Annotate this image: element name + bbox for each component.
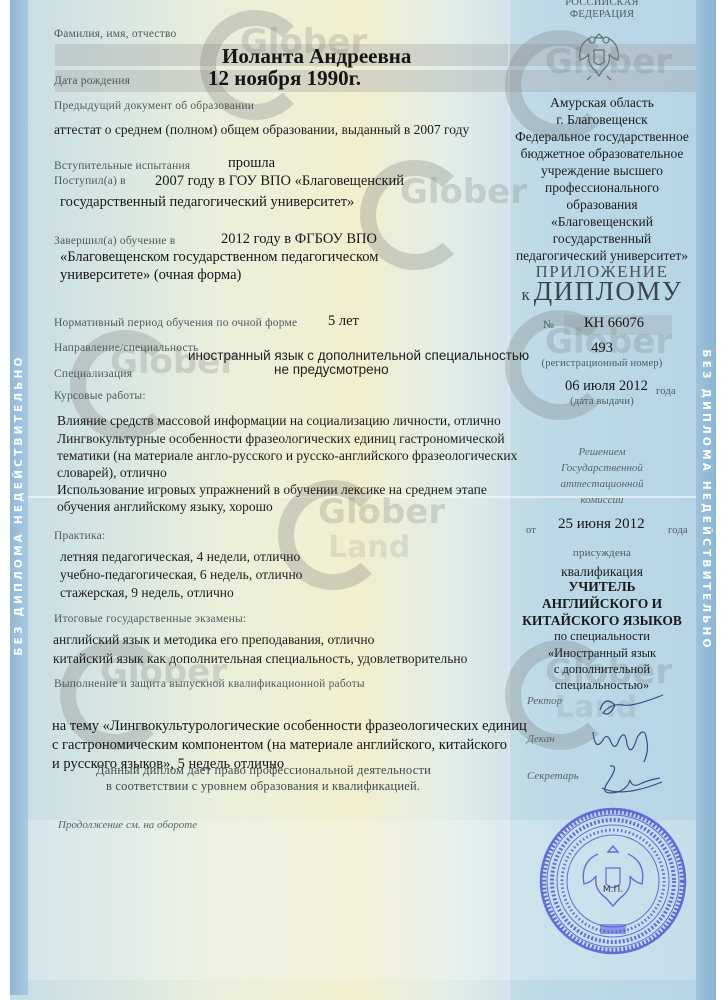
practice-line: стажерская, 9 недель, отлично xyxy=(60,585,234,601)
coat-of-arms-icon xyxy=(574,28,624,84)
rights-line: в соответствии с уровнем образования и к… xyxy=(106,779,420,794)
decision-line: Решением xyxy=(514,444,690,460)
institution-block: Амурская область г. Благовещенск Федерал… xyxy=(514,94,690,264)
coursework-line: словарей), отлично xyxy=(57,465,167,481)
enrolled-value: 2007 году в ГОУ ВПО «Благовещенский xyxy=(155,173,404,190)
reg-number-label: (регистрационный номер) xyxy=(514,358,690,369)
coursework-line: Влияние средств массовой информации на с… xyxy=(57,413,501,429)
dean-signature-icon xyxy=(585,722,675,762)
decision-line: аттестационной xyxy=(514,476,690,492)
qualification-line: УЧИТЕЛЬ xyxy=(514,578,690,595)
title-diploma: к ДИПЛОМУ xyxy=(514,276,690,307)
institution-line: профессионального образования xyxy=(514,179,690,213)
institution-line: г. Благовещенск xyxy=(514,111,690,128)
coursework-line: Лингвокультурные особенности фразеологич… xyxy=(57,431,505,447)
specialty-line: «Иностранный язык xyxy=(514,645,690,661)
dean-label: Декан xyxy=(527,733,555,745)
direction-value: иностранный язык с дополнительной специа… xyxy=(188,348,529,363)
exam-line: китайский язык как дополнительная специа… xyxy=(53,651,467,667)
issue-date: 06 июля 2012 xyxy=(565,378,648,395)
seal-text: М.П. xyxy=(603,885,623,895)
finished-value-3: университете» (очная форма) xyxy=(60,267,241,284)
number-sign: № xyxy=(543,319,554,331)
institution-line: бюджетное образовательное xyxy=(514,145,690,162)
decision-line: Государственной xyxy=(514,460,690,476)
thesis-label: Выполнение и защита выпускной квалификац… xyxy=(54,678,365,690)
practice-label: Практика: xyxy=(54,530,105,542)
panel-divider xyxy=(508,0,510,1000)
exams-label: Итоговые государственные экзамены: xyxy=(54,613,246,625)
thesis-line: на тему «Лингвокультурологические особен… xyxy=(52,718,527,735)
specialization-label: Специализация xyxy=(54,368,132,380)
rector-signature-icon xyxy=(590,690,670,725)
institution-line: учреждение высшего xyxy=(514,162,690,179)
entrance-value: прошла xyxy=(228,155,275,172)
specialty-line: с дополнительной xyxy=(514,661,690,677)
decision-suffix: года xyxy=(668,525,688,536)
paper-edge-right xyxy=(716,0,724,1000)
practice-line: учебно-педагогическая, 6 недель, отлично xyxy=(60,567,302,583)
finished-label: Завершил(а) обучение в xyxy=(54,235,175,247)
awarded-label: присуждена xyxy=(514,547,690,559)
direction-label: Направление/специальность xyxy=(54,342,198,354)
title-diploma-word: ДИПЛОМУ xyxy=(534,276,683,306)
rector-label: Ректор xyxy=(527,695,562,707)
secretary-signature-icon xyxy=(590,762,680,800)
coursework-line: тематики (на материале англо-русского и … xyxy=(57,448,517,464)
enrolled-label: Поступил(а) в xyxy=(54,175,126,187)
rights-line: Данный диплом дает право профессионально… xyxy=(96,763,431,778)
period-value: 5 лет xyxy=(328,313,359,330)
prev-doc-label: Предыдущий документ об образовании xyxy=(54,100,254,112)
fio-label: Фамилия, имя, отчество xyxy=(54,28,176,40)
title-prefix: к xyxy=(521,285,529,304)
entrance-label: Вступительные испытания xyxy=(54,160,190,172)
country-line-2: ФЕДЕРАЦИЯ xyxy=(514,9,690,21)
coursework-label: Курсовые работы: xyxy=(54,390,146,402)
diploma-number: КН 66076 xyxy=(584,315,644,332)
decision-prefix: от xyxy=(526,525,536,536)
exam-line: английский язык и методика его преподава… xyxy=(53,632,374,648)
continued-note: Продолжение см. на обороте xyxy=(58,819,197,831)
decision-date: 25 июня 2012 xyxy=(558,516,645,533)
institution-line: государственный xyxy=(514,230,690,247)
specialization-value: не предусмотрено xyxy=(274,362,389,377)
strip-text-left: БЕЗ ДИПЛОМА НЕДЕЙСТВИТЕЛЬНО xyxy=(13,354,25,655)
issue-date-label: (дата выдачи) xyxy=(514,396,690,407)
thesis-line: с гастрономическим компонентом (на матер… xyxy=(52,737,507,754)
strip-text-right: БЕЗ ДИПЛОМА НЕДЕЙСТВИТЕЛЬНО xyxy=(700,349,712,650)
country-line-1: РОССИЙСКАЯ xyxy=(514,0,690,9)
decision-block: Решением Государственной аттестационной … xyxy=(514,444,690,508)
prev-doc-value: аттестат о среднем (полном) общем образо… xyxy=(54,122,469,138)
institution-line: «Благовещенский xyxy=(514,213,690,230)
period-label: Нормативный период обучения по очной фор… xyxy=(54,317,297,329)
qualification-line: АНГЛИЙСКОГО И xyxy=(514,595,690,612)
secretary-label: Секретарь xyxy=(527,770,579,782)
practice-line: летняя педагогическая, 4 недели, отлично xyxy=(60,549,300,565)
enrolled-value-2: государственный педагогический университ… xyxy=(60,194,354,211)
birth-date-label: Дата рождения xyxy=(54,75,130,87)
institution-line: Амурская область xyxy=(514,94,690,111)
reg-number: 493 xyxy=(514,340,690,357)
paper-edge-left xyxy=(0,0,10,1000)
finished-value: 2012 году в ФГБОУ ВПО xyxy=(221,231,377,248)
finished-value-2: «Благовещенском государственном педагоги… xyxy=(60,249,378,266)
qualification-line: КИТАЙСКОГО ЯЗЫКОВ xyxy=(514,612,690,629)
birth-date: 12 ноября 1990г. xyxy=(208,66,361,91)
official-seal-icon: М.П. xyxy=(538,806,688,956)
decision-line: комиссии xyxy=(514,492,690,508)
specialty-block: «Иностранный язык с дополнительной специ… xyxy=(514,645,690,693)
qualification-block: УЧИТЕЛЬ АНГЛИЙСКОГО И КИТАЙСКОГО ЯЗЫКОВ xyxy=(514,578,690,629)
coursework-line: обучения английскому языку, хорошо xyxy=(57,499,273,515)
coursework-line: Использование игровых упражнений в обуче… xyxy=(57,482,487,498)
specialty-label: по специальности xyxy=(514,629,690,644)
institution-line: Федеральное государственное xyxy=(514,128,690,145)
